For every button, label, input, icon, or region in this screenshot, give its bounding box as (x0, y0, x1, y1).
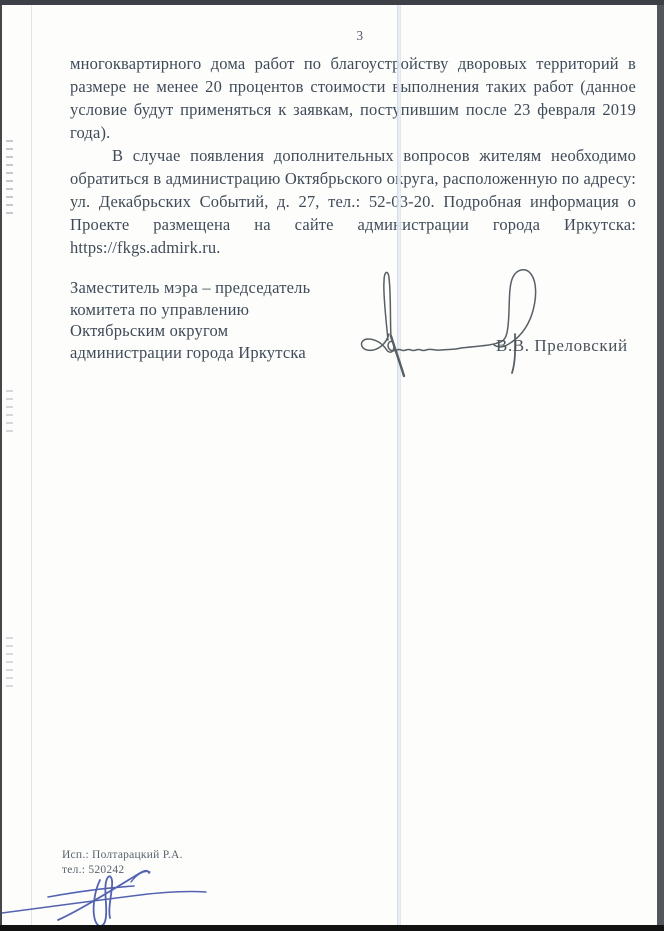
page-number: 3 (330, 28, 390, 44)
signatory-title-line: Октябрьским округом (70, 320, 310, 342)
scan-edge-right (657, 0, 664, 931)
paragraph-1-line: условие будут применяться к заявкам, пос… (70, 98, 636, 121)
paragraph-1-line: многоквартирного дома работ по благоустр… (70, 52, 636, 75)
signatory-title: Заместитель мэра – председатель комитета… (70, 277, 310, 363)
scan-artifact-marks-1 (6, 140, 13, 218)
scan-edge-left (0, 0, 2, 931)
signatory-title-line: Заместитель мэра – председатель (70, 277, 310, 299)
signatory-title-line: комитета по управлению (70, 299, 310, 321)
mayor-deputy-signature (355, 258, 550, 383)
scan-artifact-marks-3 (6, 637, 13, 689)
left-page-edge-line (31, 5, 32, 925)
executor-signature (0, 858, 215, 931)
paragraph-2-line: ул. Декабрьских Событий, д. 27, тел.: 52… (70, 190, 636, 213)
paragraph-2-line: В случае появления дополнительных вопрос… (70, 144, 636, 167)
paragraph-2-line: Проекте размещена на сайте администрации… (70, 213, 636, 236)
scan-edge-top (0, 0, 664, 5)
paragraph-1-line: размере не менее 20 процентов стоимости … (70, 75, 636, 98)
paragraph-2-line: обратиться в администрацию Октябрьского … (70, 167, 636, 190)
scan-edge-bottom (0, 925, 664, 931)
scan-artifact-marks-2 (6, 390, 13, 438)
page-fold-line (397, 5, 401, 925)
document-body: многоквартирного дома работ по благоустр… (70, 52, 636, 259)
paragraph-1-line: года). (70, 121, 636, 144)
paragraph-2-line website-url: https://fkgs.admirk.ru. (70, 236, 636, 259)
scanned-document-page: 3 многоквартирного дома работ по благоус… (0, 0, 664, 931)
signatory-title-line: администрации города Иркутска (70, 342, 310, 364)
